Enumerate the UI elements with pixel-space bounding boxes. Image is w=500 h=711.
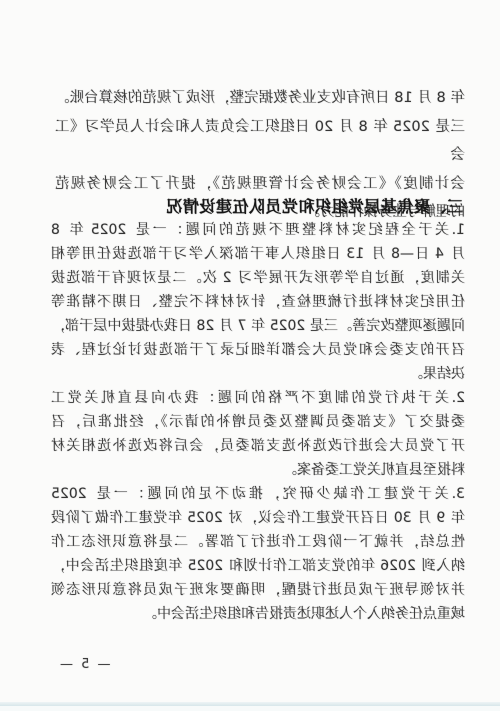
paragraph-line: 域重点任务纳入个人述职述责报告和组织生活会中。 <box>51 602 465 626</box>
paragraph-line: 年 8 月 18 日所有收支业务数据完整，形成了规范的核算台账。 <box>55 84 465 113</box>
mirrored-scan-sheet: 年 8 月 18 日所有收支业务数据完整，形成了规范的核算台账。 三是 2025… <box>0 0 500 711</box>
paragraph-line: 召开的支委会和党员大会都详细记录了干部选拔讨论过程、表 <box>51 338 465 362</box>
paragraph-line: 任用纪实材料进行梳理检查，针对材料不完整、日期不精准等 <box>51 290 465 314</box>
paragraph-line: 问题逐项整改完善。三是 2025 年 7 月 28 日我办提拔中层干部， <box>51 314 465 338</box>
paragraph-line: 开了党员大会进行改选补选支部委员，会后将改选补选相关材 <box>51 434 465 458</box>
paragraph-line: 性总结，并就下一阶段工作进行了部署。二是将意识形态工作 <box>51 530 465 554</box>
paragraph-line: 纳入到 2026 年的党支部工作计划和 2025 年度组织生活会中， <box>51 554 465 578</box>
scanned-document-page: 年 8 月 18 日所有收支业务数据完整，形成了规范的核算台账。 三是 2025… <box>0 0 500 711</box>
paragraph-line: 2.关于执行党的制度不严格的问题：我办向县直机关党工 <box>51 386 465 410</box>
scan-bottom-margin <box>0 706 500 711</box>
paragraph-line: 并对领导班子成员进行提醒，明确要求班子成员将意识形态领 <box>51 578 465 602</box>
paragraph-line: 委提交了《支部委员调整及委员增补的请示》，经批准后，召 <box>51 410 465 434</box>
paragraph-line: 决结果。 <box>51 362 465 386</box>
paragraph-line: 料报至县直机关党工委备案。 <box>51 458 465 482</box>
section-heading: 三、聚焦基层党组织和党员队伍建设情况 <box>53 194 463 217</box>
paragraph-line: 年 9 月 30 日召开党建工作会议，对 2025 年党建工作做了阶段 <box>51 506 465 530</box>
paragraph-line: 3.关于党建工作缺少研究，推动不足的问题：一是 2025 <box>51 482 465 506</box>
paragraph-line: 关制度，通过自学等形式开展学习 2 次。二是对现有干部选拔 <box>51 266 465 290</box>
paragraph-line: 三是 2025 年 8 月 20 日组织工会负责人和会计人员学习《工会 <box>55 113 465 170</box>
paragraph-line: 月 4 日—8 月 13 日组织人事干部深入学习干部选拔任用等相 <box>51 242 465 266</box>
paragraph-line: 1.关于全程纪实材料整理不规范的问题：一是 2025 年 8 <box>51 218 465 242</box>
page-number: — 5 — <box>58 657 111 672</box>
section-body: 1.关于全程纪实材料整理不规范的问题：一是 2025 年 8 月 4 日—8 月… <box>51 218 465 626</box>
